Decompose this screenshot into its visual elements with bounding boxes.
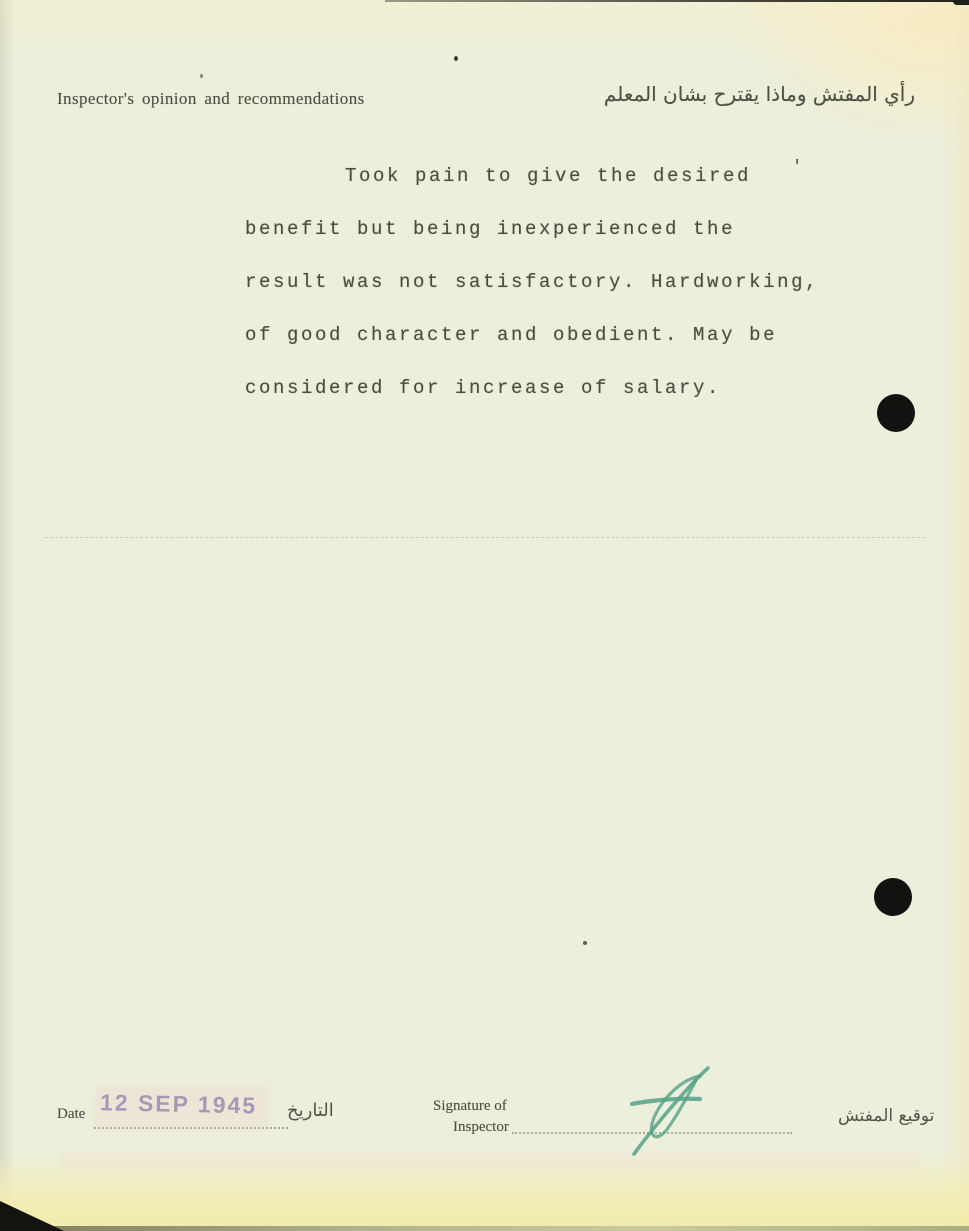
remark-line-4: of good character and obedient. May be — [245, 309, 865, 362]
signature-label-line1: Signature of — [433, 1096, 509, 1117]
hole-punch-bottom — [874, 878, 912, 916]
paper-tint-top-right — [739, 0, 969, 150]
remark-line-2: benefit but being inexperienced the — [245, 203, 865, 256]
paper-shadow-left-edge — [0, 0, 16, 1231]
ink-speck — [200, 74, 203, 78]
date-label-english: Date — [57, 1106, 85, 1123]
hole-punch-top — [877, 394, 915, 432]
scan-edge-top-line — [385, 0, 969, 2]
signature-label-line2: Inspector — [433, 1117, 509, 1138]
bleed-through-rule-line — [45, 537, 925, 538]
inspector-remarks: Took pain to give the desired benefit bu… — [245, 150, 865, 415]
paper-tint-pink-band — [60, 1147, 920, 1173]
ink-speck — [583, 941, 587, 945]
header-english: Inspector's opinion and recommendations — [57, 89, 365, 109]
remark-line-3: result was not satisfactory. Hardworking… — [245, 256, 865, 309]
scanned-inspection-form-page: Inspector's opinion and recommendations … — [0, 0, 969, 1231]
stray-type-mark: ' — [792, 158, 802, 177]
ink-speck — [454, 56, 458, 61]
remark-line-1: Took pain to give the desired — [245, 150, 865, 203]
scan-edge-top-right-blob — [953, 0, 969, 5]
remark-line-5: considered for increase of salary. — [245, 362, 865, 415]
scan-corner-black-triangle — [0, 1191, 64, 1231]
signature-label-english: Signature of Inspector — [433, 1096, 509, 1138]
paper-tint-right-edge — [943, 0, 969, 1231]
paper-tint-top — [0, 0, 969, 70]
inspector-signature-handwriting — [612, 1064, 728, 1158]
signature-label-arabic: توقيع المفتش — [838, 1106, 934, 1126]
scan-edge-bottom-strip — [45, 1226, 969, 1231]
paper-tint-bottom — [0, 1153, 969, 1231]
date-label-arabic: التاريخ — [287, 1100, 334, 1121]
header-arabic: رأي المفتش وماذا يقترح بشان المعلم — [604, 82, 915, 106]
date-stamp: 12 SEP 1945 — [100, 1089, 271, 1120]
